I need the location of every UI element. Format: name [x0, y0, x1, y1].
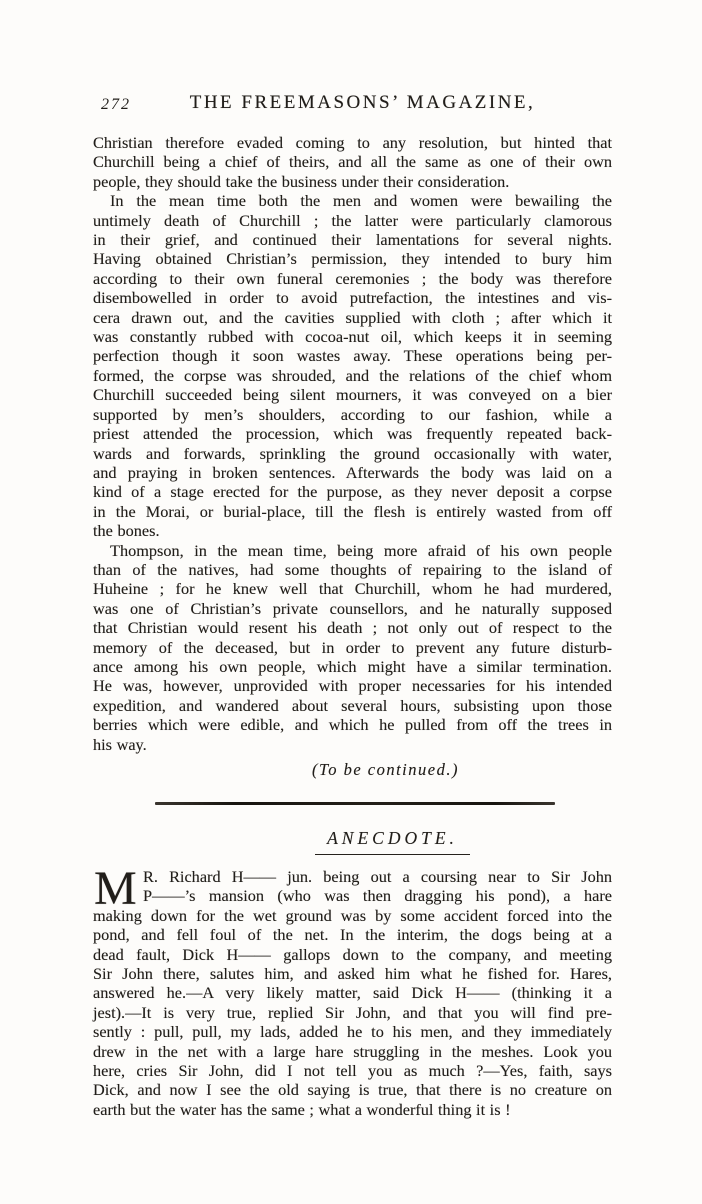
text-line: Churchill succeeded being silent mourner…: [93, 385, 612, 404]
text-line: Churchill being a chief of theirs, and a…: [93, 152, 612, 171]
text-line: In the mean time both the men and women …: [93, 191, 612, 210]
section-divider-rule: [155, 802, 555, 805]
text-line: drew in the net with a large hare strugg…: [93, 1042, 612, 1061]
text-line: was one of Christian’s private counsello…: [93, 599, 612, 618]
anecdote-body-lines: making down for the wet ground was by so…: [93, 906, 612, 1119]
article-paragraph-1: Christian therefore evaded coming to any…: [93, 133, 612, 191]
text-line: in the Morai, or burial-place, till the …: [93, 502, 612, 521]
continuation-note: (To be continued.): [126, 760, 645, 780]
page-content: 272 THE FREEMASONS’ MAGAZINE, Christian …: [93, 92, 612, 1119]
text-line: making down for the wet ground was by so…: [93, 906, 612, 925]
text-line: cera drawn out, and the cavities supplie…: [93, 308, 612, 327]
text-line: jest).—It is very true, replied Sir John…: [93, 1003, 612, 1022]
anecdote-paragraph: M R. Richard H—— jun. being out a coursi…: [93, 867, 612, 1119]
text-line: that Christian would resent his death ; …: [93, 618, 612, 637]
text-line: his way.: [93, 735, 612, 754]
text-line: dead fault, Dick H—— gallops down to the…: [93, 945, 612, 964]
text-line: R. Richard H—— jun. being out a coursing…: [143, 867, 612, 886]
text-line: berries which were edible, and which he …: [93, 715, 612, 734]
article-paragraph-2: In the mean time both the men and women …: [93, 191, 612, 540]
text-line: the bones.: [93, 521, 612, 540]
text-line: pond, and fell foul of the net. In the i…: [93, 925, 612, 944]
text-line: than of the natives, had some thoughts o…: [93, 560, 612, 579]
text-line: Huheine ; for he knew well that Churchil…: [93, 579, 612, 598]
article-paragraph-3: Thompson, in the mean time, being more a…: [93, 541, 612, 754]
text-line: Thompson, in the mean time, being more a…: [93, 541, 612, 560]
text-line: and praying in broken sentences. Afterwa…: [93, 463, 612, 482]
text-line: Christian therefore evaded coming to any…: [93, 133, 612, 152]
text-line: was constantly rubbed with cocoa-nut oil…: [93, 327, 612, 346]
text-line: supported by men’s shoulders, according …: [93, 405, 612, 424]
text-line: kind of a stage erected for the purpose,…: [93, 482, 612, 501]
anecdote-title: ANECDOTE.: [315, 828, 470, 855]
text-line: priest attended the procession, which wa…: [93, 424, 612, 443]
text-line: He was, however, unprovided with proper …: [93, 676, 612, 695]
text-line: according to their own funeral ceremonie…: [93, 269, 612, 288]
text-line: perfection though it soon wastes away. T…: [93, 346, 612, 365]
text-line: Sir John there, salutes him, and asked h…: [93, 964, 612, 983]
text-line: Having obtained Christian’s permission, …: [93, 249, 612, 268]
text-line: expedition, and wandered about several h…: [93, 696, 612, 715]
text-line: answered he.—A very likely matter, said …: [93, 983, 612, 1002]
text-line: Dick, and now I see the old saying is tr…: [93, 1080, 612, 1099]
magazine-page: 272 THE FREEMASONS’ MAGAZINE, Christian …: [0, 0, 702, 1204]
anecdote-heading: ANECDOTE.: [133, 828, 652, 860]
text-line: sently : pull, pull, my lads, added he t…: [93, 1022, 612, 1041]
text-line: earth but the water has the same ; what …: [93, 1100, 612, 1119]
text-line: formed, the corpse was shrouded, and the…: [93, 366, 612, 385]
text-line: untimely death of Churchill ; the latter…: [93, 211, 612, 230]
text-line: here, cries Sir John, did I not tell you…: [93, 1061, 612, 1080]
anecdote-opening-lines: R. Richard H—— jun. being out a coursing…: [143, 867, 612, 906]
text-line: in their grief, and continued their lame…: [93, 230, 612, 249]
text-line: disembowelled in order to avoid putrefac…: [93, 288, 612, 307]
page-header: 272 THE FREEMASONS’ MAGAZINE,: [93, 92, 612, 114]
magazine-title: THE FREEMASONS’ MAGAZINE,: [103, 92, 622, 114]
text-line: wards and forwards, sprinkling the groun…: [93, 444, 612, 463]
text-line: P——’s mansion (who was then dragging his…: [143, 886, 612, 905]
drop-cap-letter: M: [94, 870, 137, 908]
text-line: ance among his own people, which might h…: [93, 657, 612, 676]
text-line: people, they should take the business un…: [93, 172, 612, 191]
text-line: memory of the deceased, but in order to …: [93, 638, 612, 657]
